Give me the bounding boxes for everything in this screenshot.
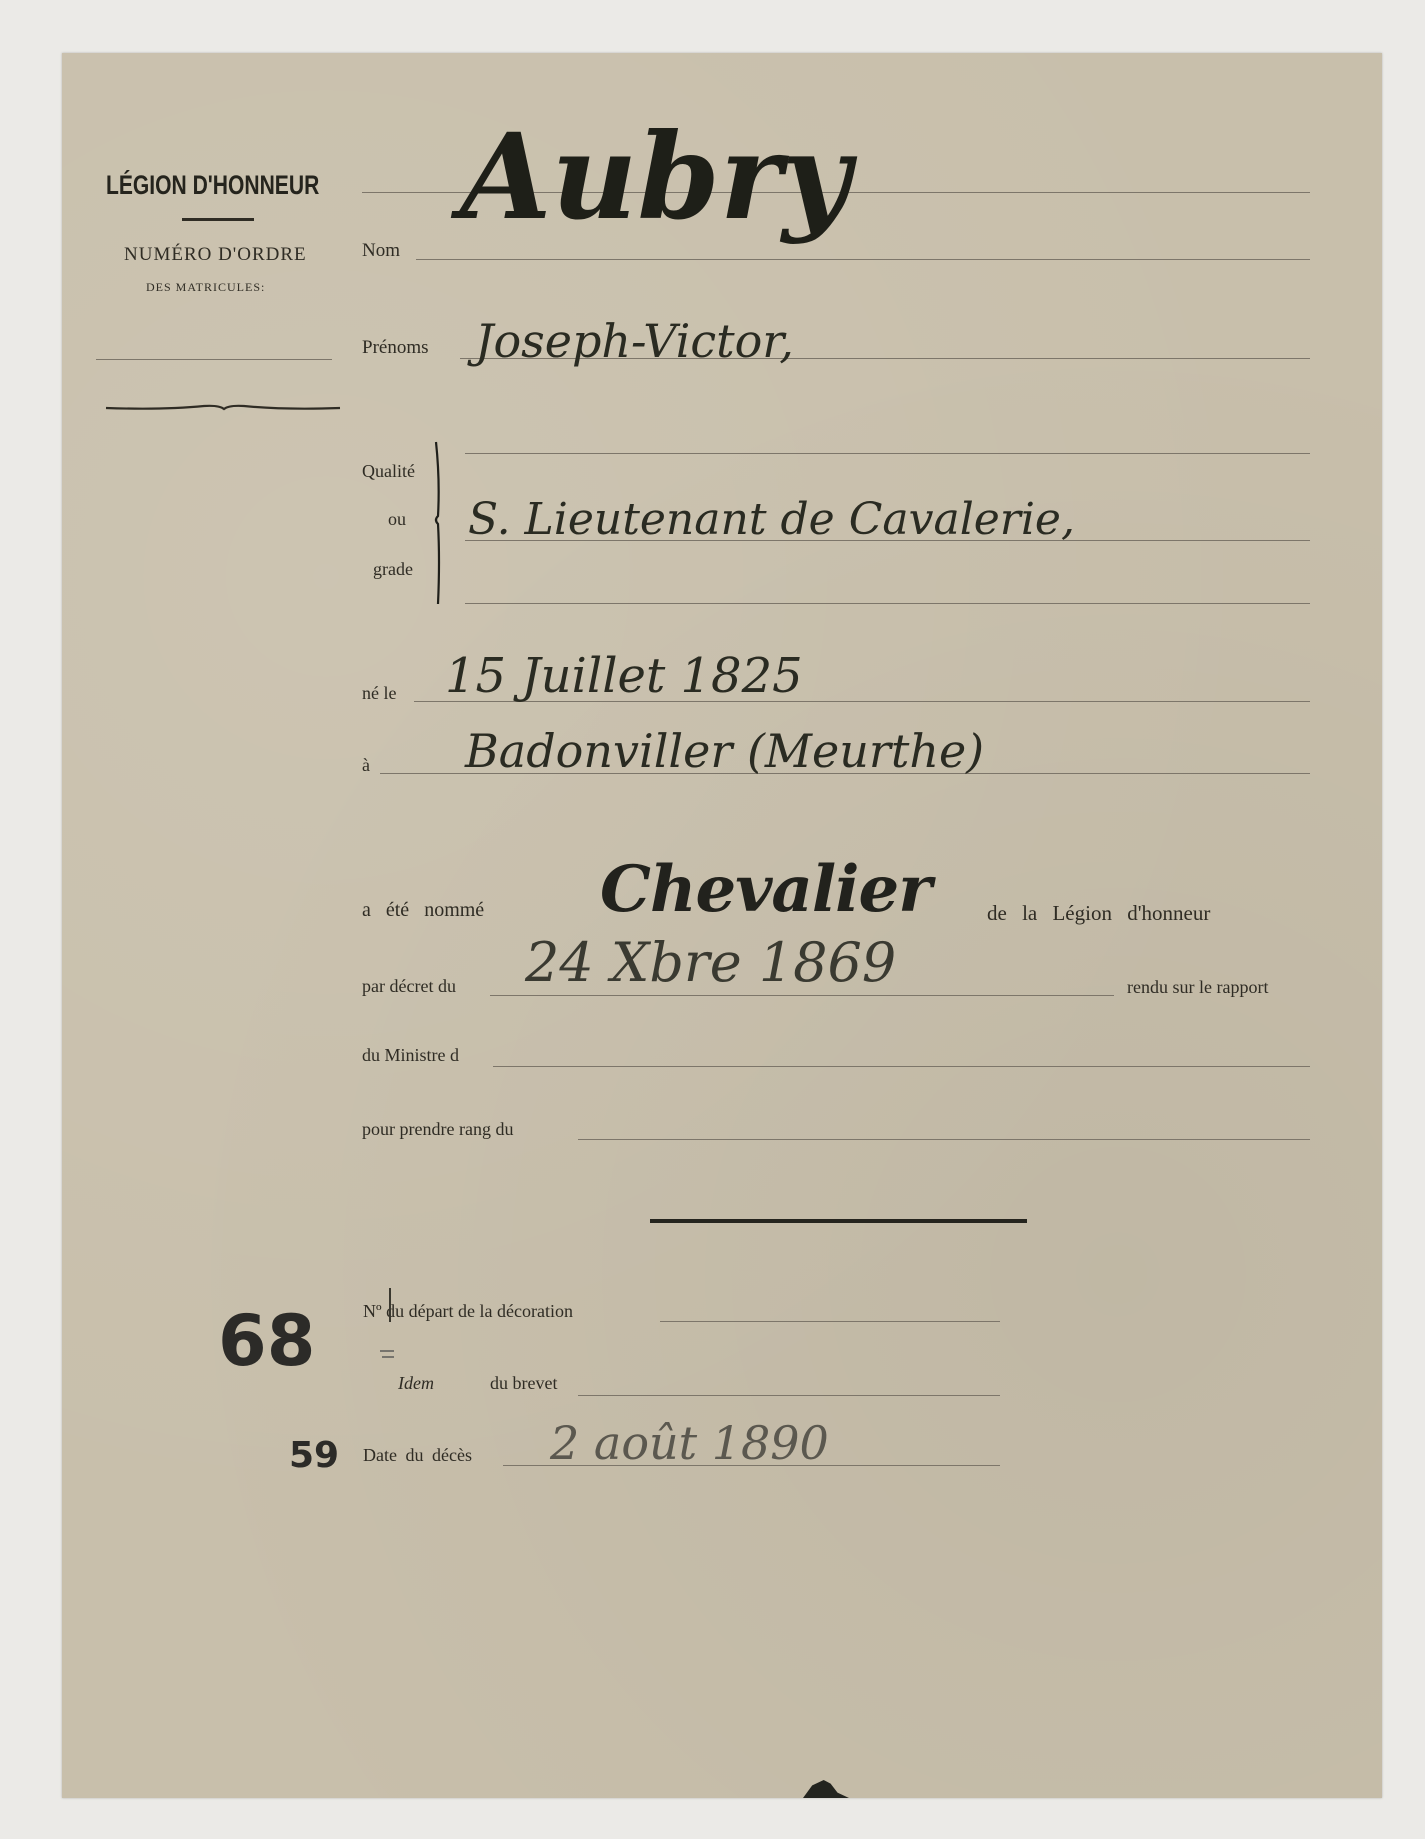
- grade-line-3: [465, 603, 1310, 604]
- legion-label: de la Légion d'honneur: [987, 903, 1210, 924]
- rank-chevalier: Chevalier: [600, 852, 931, 927]
- a-value: Badonviller (Meurthe): [465, 728, 984, 774]
- decret-value: 24 Xbre 1869: [525, 936, 896, 990]
- grade-brace: [428, 440, 448, 606]
- nom-value: Aubry: [460, 118, 851, 236]
- ne-le-value: 15 Juillet 1825: [445, 652, 803, 700]
- ink-dash-mark: [380, 1350, 394, 1352]
- legion-honneur-heading: LÉGION D'HONNEUR: [106, 170, 319, 201]
- section-separator: [650, 1219, 1027, 1223]
- stamp-number-68: 68: [218, 1300, 315, 1382]
- ink-dash-mark-2: [382, 1356, 394, 1358]
- decret-label: par décret du: [362, 977, 456, 995]
- nomme-label: a été nommé: [362, 900, 484, 920]
- grade-line-1: [465, 453, 1310, 454]
- rang-line[interactable]: [578, 1139, 1310, 1140]
- ink-stroke-mark: [389, 1288, 391, 1322]
- grade-label: grade: [373, 560, 413, 578]
- depart-line[interactable]: [660, 1321, 1000, 1322]
- nom-label: Nom: [362, 241, 400, 260]
- qualite-label: Qualité: [362, 462, 415, 480]
- prenoms-value: Joseph-Victor,: [475, 318, 794, 364]
- ne-le-label: né le: [362, 684, 396, 702]
- nom-line[interactable]: [416, 259, 1310, 260]
- stamp-number-59: 59: [289, 1435, 339, 1476]
- rapport-label: rendu sur le rapport: [1127, 978, 1268, 996]
- numero-ordre-label: NUMÉRO D'ORDRE: [124, 244, 307, 266]
- matricules-label: DES MATRICULES:: [146, 280, 265, 295]
- depart-label: Nº du départ de la décoration: [363, 1302, 573, 1320]
- rang-label: pour prendre rang du: [362, 1120, 513, 1138]
- ministre-label: du Ministre d: [362, 1046, 459, 1064]
- brevet-label: du brevet: [490, 1374, 557, 1392]
- deces-label: Date du décès: [363, 1446, 472, 1464]
- idem-label: Idem: [398, 1374, 434, 1392]
- deces-value: 2 août 1890: [550, 1420, 829, 1466]
- matricule-line: [96, 359, 332, 360]
- a-label: à: [362, 756, 370, 774]
- decorative-swash: [104, 400, 344, 416]
- grade-value: S. Lieutenant de Cavalerie,: [468, 498, 1075, 542]
- prenoms-label: Prénoms: [362, 338, 429, 357]
- heading-rule: [182, 218, 254, 221]
- decret-line[interactable]: [490, 995, 1114, 996]
- brevet-line[interactable]: [578, 1395, 1000, 1396]
- ou-label: ou: [388, 510, 406, 528]
- ministre-line[interactable]: [493, 1066, 1310, 1067]
